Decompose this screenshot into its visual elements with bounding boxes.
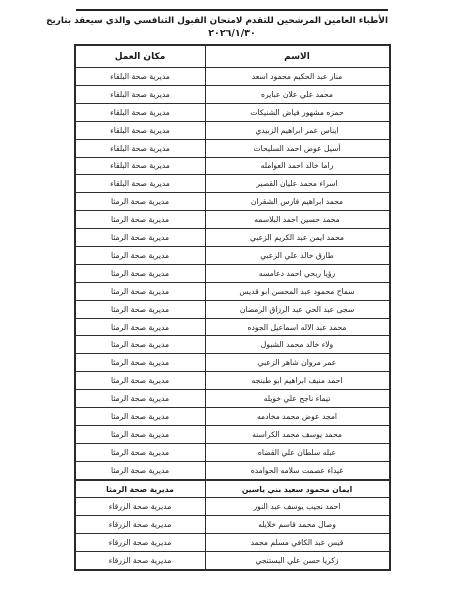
table-row: اسراء محمد عليان القصيرمديرية صحة البلقا… [75, 175, 390, 193]
workplace-cell: مديرية صحة الرمثا [75, 372, 206, 390]
workplace-cell: مديرية صحة الرمثا [75, 211, 206, 229]
table-row: ولاء خالد محمد الشبولمديرية صحة الرمثا [75, 336, 390, 354]
workplace-cell: مديرية صحة الزرقاء [75, 552, 206, 570]
name-cell: سجى عبد الحي عبد الرزاق الرمضان [205, 300, 390, 318]
candidates-table: الاسم مكان العمل منار عبد الحكيم محمود ا… [74, 44, 391, 571]
workplace-cell: مديرية صحة الرمثا [75, 282, 206, 300]
workplace-cell: مديرية صحة الرمثا [75, 461, 206, 479]
table-row: سماح محمود عبد المحسن ابو قديسمديرية صحة… [75, 282, 390, 300]
name-cell: محمد ايمن عبد الكريم الزعبي [205, 229, 390, 247]
table-row: محمد ابراهيم فارس الشقرانمديرية صحة الرم… [75, 193, 390, 211]
workplace-cell: مديرية صحة الرمثا [75, 264, 206, 282]
workplace-cell: مديرية صحة الرمثا [75, 300, 206, 318]
table-row: غيداء عصمت سلامه الحوامدهمديرية صحة الرم… [75, 461, 390, 479]
name-cell: حمزه مشهور فياض الشنيكات [205, 103, 390, 121]
name-cell: سماح محمود عبد المحسن ابو قديس [205, 282, 390, 300]
workplace-cell: مديرية صحة الرمثا [75, 318, 206, 336]
name-cell: وصال محمد قاسم خلايله [205, 516, 390, 534]
name-cell: محمد علي علان عبايره [205, 85, 390, 103]
name-cell: ايمان محمود سعيد بني ياسين [205, 480, 390, 498]
document-title: الأطباء العامين المرشحين للتقدم لامتحان … [76, 15, 388, 28]
workplace-cell: مديرية صحة الرمثا [75, 247, 206, 265]
table-row: حمزه مشهور فياض الشنيكاتمديرية صحة البلق… [75, 103, 390, 121]
table-row: تيماء ناجح علي خويلهمديرية صحة الرمثا [75, 390, 390, 408]
workplace-cell: مديرية صحة البلقاء [75, 157, 206, 175]
name-cell: ولاء خالد محمد الشبول [205, 336, 390, 354]
name-cell: اسراء محمد عليان القصير [205, 175, 390, 193]
table-body: منار عبد الحكيم محمود اسعدمديرية صحة الب… [75, 68, 390, 570]
table-row: محمد ايمن عبد الكريم الزعبيمديرية صحة ال… [75, 229, 390, 247]
table-header-row: الاسم مكان العمل [75, 45, 390, 68]
name-cell: امجد عوض محمد مخادمه [205, 408, 390, 426]
table-row: محمد عبد الاله اسماعيل الجودهمديرية صحة … [75, 318, 390, 336]
name-cell: عبله سلطان علي القضاه [205, 443, 390, 461]
workplace-cell: مديرية صحة الرمثا [75, 425, 206, 443]
table-row: راما خالد احمد العواملهمديرية صحة البلقا… [75, 157, 390, 175]
workplace-cell: مديرية صحة الرمثا [75, 390, 206, 408]
document-page: الأطباء العامين المرشحين للتقدم لامتحان … [0, 0, 464, 600]
workplace-cell: مديرية صحة البلقاء [75, 68, 206, 86]
name-cell: ايناس عمر ابراهيم الزبيدي [205, 121, 390, 139]
name-cell: احمد منيف ابراهيم ابو طبنجه [205, 372, 390, 390]
table-row: احمد نجيب يوسف عبد النورمديرية صحة الزرق… [75, 498, 390, 516]
workplace-cell: مديرية صحة الزرقاء [75, 516, 206, 534]
name-cell: عمر مروان شاهر الزعبي [205, 354, 390, 372]
workplace-cell: مديرية صحة الرمثا [75, 229, 206, 247]
name-cell: قيس عبد الكافي مسلم محمد [205, 534, 390, 552]
name-cell: محمد حسين احمد البلاسمه [205, 211, 390, 229]
table-row: محمد علي علان عبايرهمديرية صحة البلقاء [75, 85, 390, 103]
table-row: أسيل عوض احمد السليحاتمديرية صحة البلقاء [75, 139, 390, 157]
workplace-cell: مديرية صحة الرمثا [75, 336, 206, 354]
name-cell: احمد نجيب يوسف عبد النور [205, 498, 390, 516]
workplace-cell: مديرية صحة الرمثا [75, 443, 206, 461]
table-row: امجد عوض محمد مخادمهمديرية صحة الرمثا [75, 408, 390, 426]
name-cell: غيداء عصمت سلامه الحوامده [205, 461, 390, 479]
table-row: محمد حسين احمد البلاسمهمديرية صحة الرمثا [75, 211, 390, 229]
workplace-column-header: مكان العمل [75, 45, 206, 68]
title-block: الأطباء العامين المرشحين للتقدم لامتحان … [76, 0, 388, 40]
title-overline [76, 9, 388, 11]
workplace-cell: مديرية صحة البلقاء [75, 85, 206, 103]
table-row: احمد منيف ابراهيم ابو طبنجهمديرية صحة ال… [75, 372, 390, 390]
workplace-cell: مديرية صحة الرمثا [75, 193, 206, 211]
workplace-cell: مديرية صحة البلقاء [75, 103, 206, 121]
workplace-cell: مديرية صحة البلقاء [75, 139, 206, 157]
table-row: طارق خالد علي الزعبيمديرية صحة الرمثا [75, 247, 390, 265]
table-row: سجى عبد الحي عبد الرزاق الرمضانمديرية صح… [75, 300, 390, 318]
name-column-header: الاسم [205, 45, 390, 68]
name-cell: طارق خالد علي الزعبي [205, 247, 390, 265]
table-row: قيس عبد الكافي مسلم محمدمديرية صحة الزرق… [75, 534, 390, 552]
name-cell: أسيل عوض احمد السليحات [205, 139, 390, 157]
name-cell: تيماء ناجح علي خويله [205, 390, 390, 408]
name-cell: زكريا حسن علي البستنجي [205, 552, 390, 570]
name-cell: محمد يوسف محمد الكراسنه [205, 425, 390, 443]
name-cell: محمد عبد الاله اسماعيل الجوده [205, 318, 390, 336]
table-row: ايناس عمر ابراهيم الزبيديمديرية صحة البل… [75, 121, 390, 139]
name-cell: راما خالد احمد العوامله [205, 157, 390, 175]
document-date: ٢٠٢٦/١/٣٠ [76, 28, 388, 40]
table-row: وصال محمد قاسم خلايلهمديرية صحة الزرقاء [75, 516, 390, 534]
name-cell: رؤيا ربحي احمد دعامسه [205, 264, 390, 282]
workplace-cell: مديرية صحة البلقاء [75, 121, 206, 139]
table-row: رؤيا ربحي احمد دعامسهمديرية صحة الرمثا [75, 264, 390, 282]
name-cell: منار عبد الحكيم محمود اسعد [205, 68, 390, 86]
workplace-cell: مديرية صحة الزرقاء [75, 534, 206, 552]
workplace-cell: مديرية صحة الرمثا [75, 480, 206, 498]
workplace-cell: مديرية صحة الرمثا [75, 408, 206, 426]
workplace-cell: مديرية صحة الرمثا [75, 354, 206, 372]
table-row: منار عبد الحكيم محمود اسعدمديرية صحة الب… [75, 68, 390, 86]
workplace-cell: مديرية صحة الزرقاء [75, 498, 206, 516]
table-row: زكريا حسن علي البستنجيمديرية صحة الزرقاء [75, 552, 390, 570]
table-row: ايمان محمود سعيد بني ياسينمديرية صحة الر… [75, 480, 390, 498]
table-row: عمر مروان شاهر الزعبيمديرية صحة الرمثا [75, 354, 390, 372]
workplace-cell: مديرية صحة البلقاء [75, 175, 206, 193]
name-cell: محمد ابراهيم فارس الشقران [205, 193, 390, 211]
table-row: محمد يوسف محمد الكراسنهمديرية صحة الرمثا [75, 425, 390, 443]
table-row: عبله سلطان علي القضاهمديرية صحة الرمثا [75, 443, 390, 461]
